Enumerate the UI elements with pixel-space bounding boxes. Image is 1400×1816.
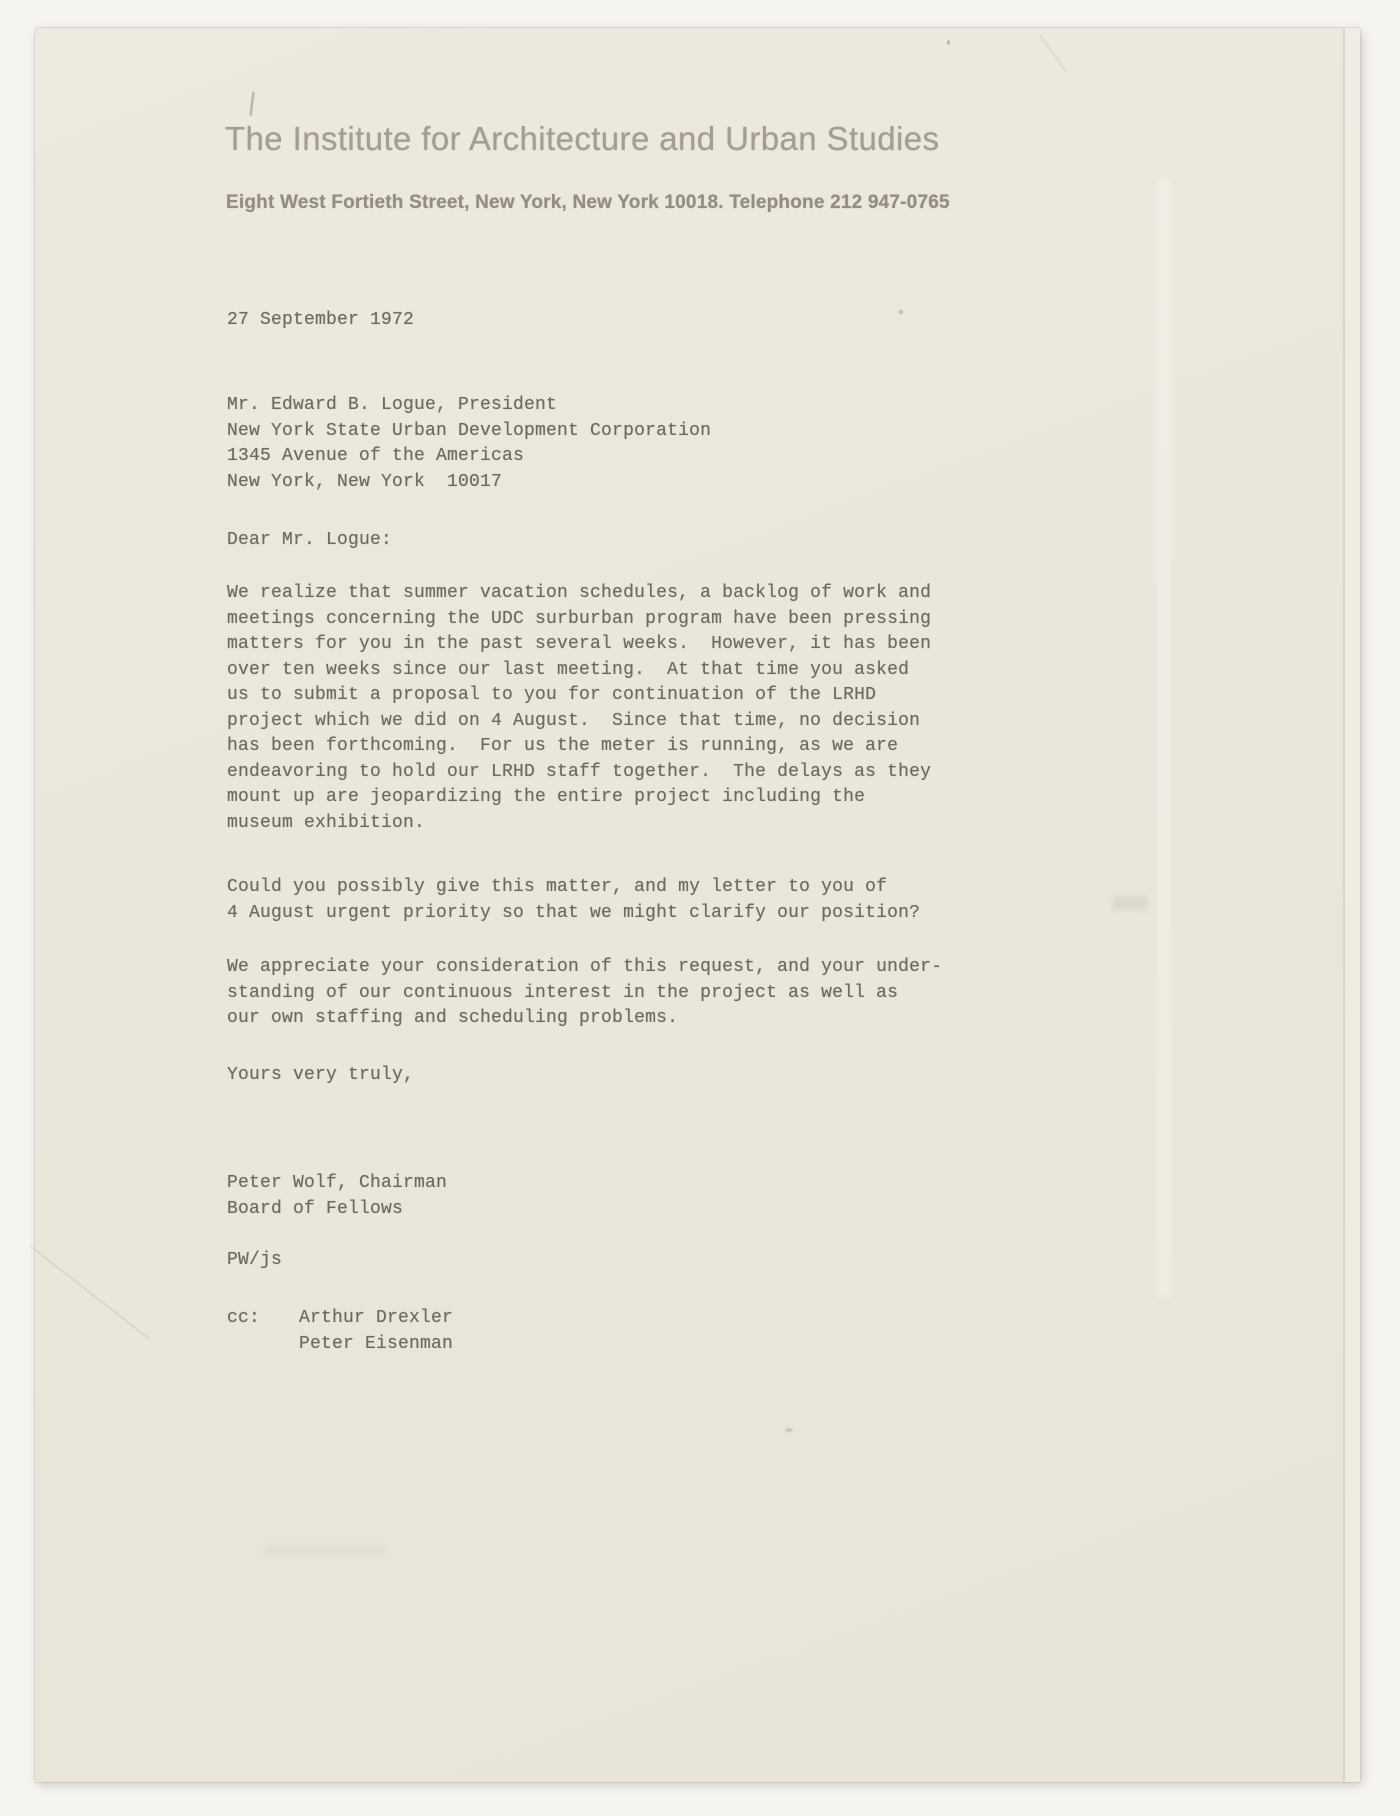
complimentary-closing: Yours very truly, <box>227 1063 414 1089</box>
letterhead-address-line: Eight West Fortieth Street, New York, Ne… <box>226 192 950 214</box>
typist-initials: PW/js <box>227 1248 282 1274</box>
recipient-address-block: Mr. Edward B. Logue, President New York … <box>227 393 711 495</box>
scan-speck <box>785 1428 793 1432</box>
paper-fold-highlight <box>1345 28 1360 1782</box>
scan-speck <box>899 310 903 314</box>
scan-light-band <box>1157 178 1171 1298</box>
letterhead-org-name: The Institute for Architecture and Urban… <box>225 120 939 158</box>
scan-smudge <box>265 1544 385 1554</box>
cc-names: Arthur Drexler Peter Eisenman <box>299 1306 453 1357</box>
letter-page: The Institute for Architecture and Urban… <box>35 28 1360 1782</box>
scan-smudge <box>1113 896 1147 910</box>
paper-crease-top-right <box>1039 34 1066 72</box>
body-paragraph-1: We realize that summer vacation schedule… <box>227 581 931 836</box>
salutation: Dear Mr. Logue: <box>227 528 392 554</box>
scan-speck <box>947 40 950 45</box>
cc-block: cc: Arthur Drexler Peter Eisenman <box>227 1306 453 1357</box>
pencil-mark <box>250 92 258 116</box>
letter-date: 27 September 1972 <box>227 308 414 334</box>
paper-crease-bottom-left <box>30 1246 149 1339</box>
body-paragraph-2: Could you possibly give this matter, and… <box>227 875 920 926</box>
cc-label: cc: <box>227 1306 260 1357</box>
body-paragraph-3: We appreciate your consideration of this… <box>227 955 942 1032</box>
signature-block: Peter Wolf, Chairman Board of Fellows <box>227 1171 447 1222</box>
